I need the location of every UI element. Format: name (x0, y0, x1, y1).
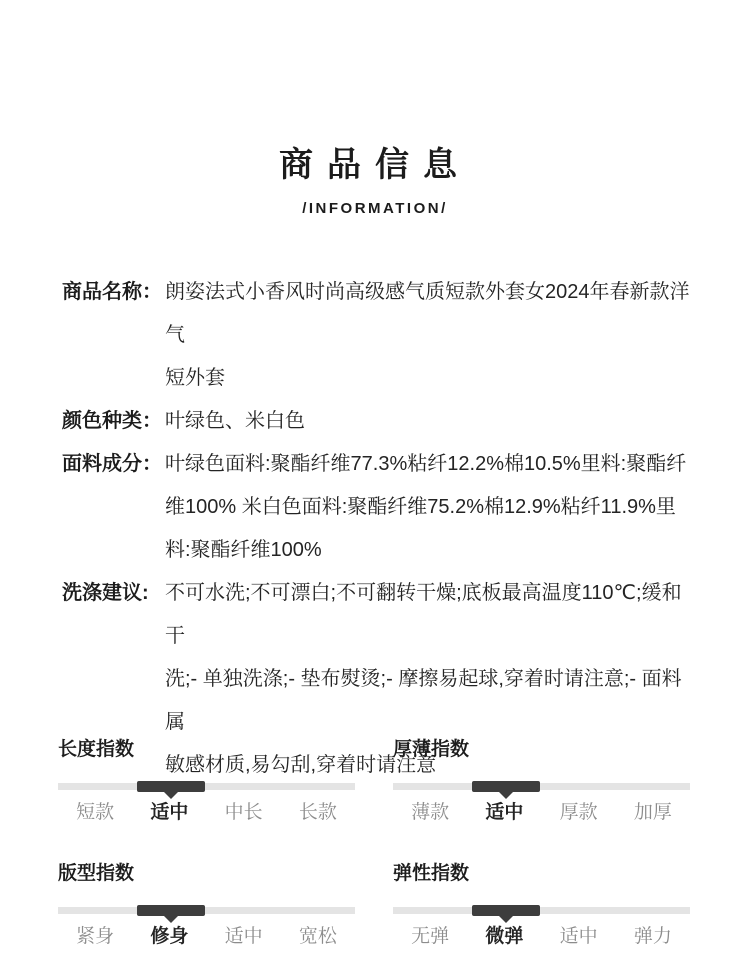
color-options-value: 叶绿色、米白色 (165, 400, 693, 443)
elasticity-option-none: 无弹 (393, 927, 467, 946)
length-option-short: 短款 (58, 803, 132, 822)
product-info-list: 商品名称： 朗姿法式小香风时尚高级感气质短款外套女2024年春新款洋气 短外套 … (62, 271, 750, 787)
elasticity-option-medium: 适中 (542, 927, 616, 946)
elasticity-index-options: 无弹 微弹 适中 弹力 (393, 927, 690, 946)
length-option-mid-long: 中长 (207, 803, 281, 822)
color-options-label: 颜色种类： (62, 400, 165, 443)
product-information-page: 商品信息 /INFORMATION/ 商品名称： 朗姿法式小香风时尚高级感气质短… (0, 0, 750, 967)
index-block-thickness: 厚薄指数 薄款 适中 厚款 加厚 (393, 740, 690, 822)
elasticity-index-slider-marker (472, 905, 540, 916)
product-name-value: 朗姿法式小香风时尚高级感气质短款外套女2024年春新款洋气 短外套 (165, 271, 693, 400)
fit-index-slider-marker (137, 905, 205, 916)
elasticity-option-slight-selected: 微弹 (467, 927, 541, 946)
thickness-index-slider-marker (472, 781, 540, 792)
thickness-option-thick: 厚款 (542, 803, 616, 822)
index-block-elasticity: 弹性指数 无弹 微弹 适中 弹力 (393, 864, 690, 946)
fit-option-loose: 宽松 (281, 927, 355, 946)
length-index-options: 短款 适中 中长 长款 (58, 803, 355, 822)
thickness-index-options: 薄款 适中 厚款 加厚 (393, 803, 690, 822)
elasticity-option-stretchy: 弹力 (616, 927, 690, 946)
elasticity-index-slider-track (393, 907, 690, 914)
thickness-option-medium-selected: 适中 (467, 803, 541, 822)
product-name-label: 商品名称： (62, 271, 165, 314)
elasticity-index-title: 弹性指数 (393, 864, 690, 883)
fit-option-slim-selected: 修身 (132, 927, 206, 946)
thickness-option-extra-thick: 加厚 (616, 803, 690, 822)
fabric-composition-value: 叶绿色面料:聚酯纤维77.3%粘纤12.2%棉10.5%里料:聚酯纤 维100%… (165, 443, 693, 572)
fit-index-options: 紧身 修身 适中 宽松 (58, 927, 355, 946)
length-option-long: 长款 (281, 803, 355, 822)
fit-index-title: 版型指数 (58, 864, 355, 883)
fit-index-slider-track (58, 907, 355, 914)
index-grid: 长度指数 短款 适中 中长 长款 厚薄指数 薄款 适中 厚款 加厚 (58, 740, 690, 946)
length-index-slider-marker (137, 781, 205, 792)
index-block-fit: 版型指数 紧身 修身 适中 宽松 (58, 864, 355, 946)
thickness-index-slider-track (393, 783, 690, 790)
fit-option-regular: 适中 (207, 927, 281, 946)
info-row-color-options: 颜色种类： 叶绿色、米白色 (62, 400, 750, 443)
page-title: 商品信息 (0, 147, 750, 184)
washing-advice-label: 洗涤建议: (62, 572, 165, 615)
thickness-index-title: 厚薄指数 (393, 740, 690, 759)
index-block-length: 长度指数 短款 适中 中长 长款 (58, 740, 355, 822)
length-index-title: 长度指数 (58, 740, 355, 759)
info-row-fabric-composition: 面料成分： 叶绿色面料:聚酯纤维77.3%粘纤12.2%棉10.5%里料:聚酯纤… (62, 443, 750, 572)
length-index-slider-track (58, 783, 355, 790)
page-subtitle: /INFORMATION/ (0, 200, 750, 217)
page-header: 商品信息 /INFORMATION/ (0, 0, 750, 217)
info-row-product-name: 商品名称： 朗姿法式小香风时尚高级感气质短款外套女2024年春新款洋气 短外套 (62, 271, 750, 400)
fabric-composition-label: 面料成分： (62, 443, 165, 486)
fit-option-tight: 紧身 (58, 927, 132, 946)
length-option-medium-selected: 适中 (132, 803, 206, 822)
thickness-option-thin: 薄款 (393, 803, 467, 822)
